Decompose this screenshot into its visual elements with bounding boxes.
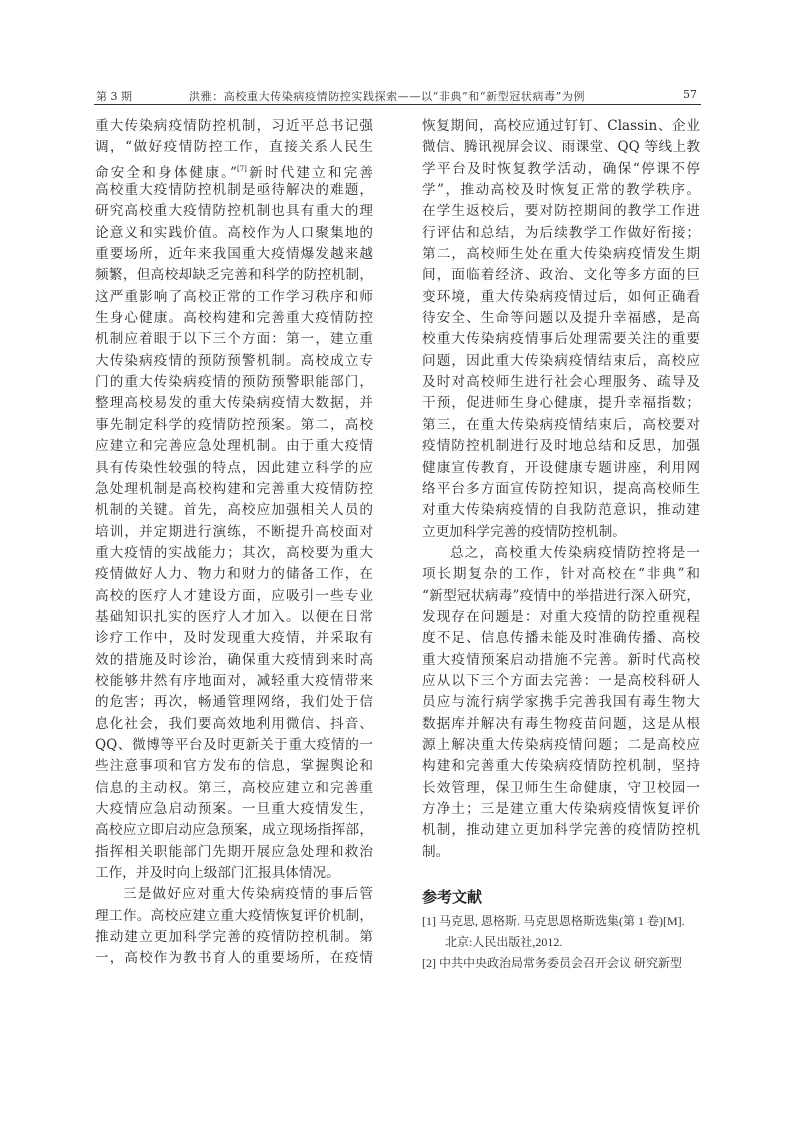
text-line: 重要场所，近年来我国重大疫情爆发越来越 <box>95 244 373 265</box>
text-line: 频繁，但高校却缺乏完善和科学的防控机制， <box>95 265 373 286</box>
text-line: 恢复期间，高校应通过钉钉、Classin、企业 <box>422 116 700 137</box>
text-line: 的危害；再次，畅通管理网络，我们处于信 <box>95 692 373 713</box>
text-line: 微信、腾讯视屏会议、雨课堂、QQ 等线上教 <box>422 137 700 158</box>
reference-text: 中共中央政治局常务委员会召开会议 研究新型 <box>439 956 682 970</box>
text-line: QQ、微博等平台及时更新关于重大疫情的一 <box>95 735 373 756</box>
text-line: 重大疫情的实战能力；其次，高校要为重大 <box>95 543 373 564</box>
text-line: 问题，因此重大传染病疫情结束后，高校应 <box>422 351 700 372</box>
text-line: 重大传染病疫情防控机制，习近平总书记强 <box>95 116 373 137</box>
text-line: 理工作。高校应建立重大疫情恢复评价机制， <box>95 906 373 927</box>
text-line: 源上解决重大传染病疫情问题；二是高校应 <box>422 735 700 756</box>
text-line: 及时对高校师生进行社会心理服务、疏导及 <box>422 372 700 393</box>
text-line: 一，高校作为教书育人的重要场所，在疫情 <box>95 948 373 969</box>
text-line: 效的措施及时诊治，确保重大疫情到来时高 <box>95 650 373 671</box>
text-line: 推动建立更加科学完善的疫情防控机制。第 <box>95 927 373 948</box>
text-line: 对重大传染病疫情的自我防范意识，推动建 <box>422 500 700 521</box>
text-line: 立更加科学完善的疫情防控机制。 <box>422 522 700 543</box>
text-line: 培训，并定期进行演练，不断提升高校面对 <box>95 522 373 543</box>
text-line: 数据库并解决有毒生物疫苗问题，这是从根 <box>422 714 700 735</box>
reference-text: 马克思, 恩格斯. 马克思恩格斯选集(第 1 卷)[M]. <box>439 914 685 928</box>
text-line: 第二，高校师生处在重大传染病疫情发生期 <box>422 244 700 265</box>
text-line: 学”，推动高校及时恢复正常的教学秩序。 <box>422 180 700 201</box>
text-line: 工作，并及时向上级部门汇报具体情况。 <box>95 863 373 884</box>
reference-item: [1] 马克思, 恩格斯. 马克思恩格斯选集(第 1 卷)[M]. <box>422 911 700 932</box>
text-line: 疫情防控机制进行及时地总结和反思，加强 <box>422 436 700 457</box>
text-line: 指挥相关职能部门先期开展应急处理和救治 <box>95 842 373 863</box>
references-heading: 参考文献 <box>422 883 700 911</box>
text-line: 论意义和实践价值。高校作为人口聚集地的 <box>95 223 373 244</box>
text-line: 机制，推动建立更加科学完善的疫情防控机 <box>422 820 700 841</box>
text-line: 疫情做好人力、物力和财力的储备工作，在 <box>95 564 373 585</box>
text-line: 校重大传染病疫情事后处理需要关注的重要 <box>422 329 700 350</box>
issue-number: 第 3 期 <box>96 88 132 104</box>
text-line: 大传染病疫情的预防预警机制。高校成立专 <box>95 351 373 372</box>
text-line: 在学生返校后，要对防控期间的教学工作进 <box>422 201 700 222</box>
text-line: 待安全、生命等问题以及提升幸福感，是高 <box>422 308 700 329</box>
text-line: 发现存在问题是：对重大疫情的防控重视程 <box>422 607 700 628</box>
text-line: 员应与流行病学家携手完善我国有毒生物大 <box>422 692 700 713</box>
text-line: 这严重影响了高校正常的工作学习秩序和师 <box>95 287 373 308</box>
text-line: 重大疫情预案启动措施不完善。新时代高校 <box>422 650 700 671</box>
text-line: 校能够井然有序地面对，减轻重大疫情带来 <box>95 671 373 692</box>
reference-label: [1] <box>422 914 436 928</box>
citation-marker[interactable]: [7] <box>237 165 247 173</box>
text-line: 第三，在重大传染病疫情结束后，高校要对 <box>422 415 700 436</box>
text-line: 具有传染性较强的特点，因此建立科学的应 <box>95 458 373 479</box>
text-line: 项长期复杂的工作，针对高校在“非典”和 <box>422 564 700 585</box>
text-line: 长效管理，保卫师生生命健康，守卫校园一 <box>422 778 700 799</box>
reference-continuation: 北京:人民出版社,2012. <box>422 932 700 953</box>
text-line: 干预，促进师生身心健康，提升幸福指数； <box>422 393 700 414</box>
reference-label: [2] <box>422 956 436 970</box>
text-line: 学平台及时恢复教学活动，确保“停课不停 <box>422 159 700 180</box>
running-header: 第 3 期 洪雅：高校重大传染病疫情防控实践探索——以“非典”和“新型冠状病毒”… <box>94 88 701 105</box>
page-number: 57 <box>683 88 697 101</box>
text-line: 信息的主动权。第三，高校应建立和完善重 <box>95 778 373 799</box>
paragraph-start-line: 总之，高校重大传染病疫情防控将是一 <box>422 543 700 564</box>
text-line: 基础知识扎实的医疗人才加入。以便在日常 <box>95 607 373 628</box>
text-line: 门的重大传染病疫情的预防预警职能部门， <box>95 372 373 393</box>
text-line: 络平台多方面宣传防控知识，提高高校师生 <box>422 479 700 500</box>
text-line: “新型冠状病毒”疫情中的举措进行深入研究， <box>422 586 700 607</box>
text-line: 机制的关键。首先，高校应加强相关人员的 <box>95 500 373 521</box>
text-line: 行评估和总结，为后续教学工作做好衔接； <box>422 223 700 244</box>
text-line: 变环境，重大传染病疫情过后，如何正确看 <box>422 287 700 308</box>
text-fragment: 命安全和身体健康。” <box>95 165 237 181</box>
text-line: 些注意事项和官方发布的信息，掌握舆论和 <box>95 756 373 777</box>
text-line: 构建和完善重大传染病疫情防控机制，坚持 <box>422 756 700 777</box>
paragraph-start-line: 三是做好应对重大传染病疫情的事后管 <box>95 884 373 905</box>
text-line: 诊疗工作中，及时发现重大疫情，并采取有 <box>95 628 373 649</box>
text-fragment: 新时代建立和完善 <box>247 165 373 181</box>
text-line: 研究高校重大疫情防控机制也具有重大的理 <box>95 201 373 222</box>
text-line: 生身心健康。高校构建和完善重大疫情防控 <box>95 308 373 329</box>
text-line: 高校应立即启动应急预案，成立现场指挥部， <box>95 820 373 841</box>
text-line: 应从以下三个方面去完善：一是高校科研人 <box>422 671 700 692</box>
text-line: 度不足、信息传播未能及时准确传播、高校 <box>422 628 700 649</box>
text-line: 制。 <box>422 842 700 863</box>
text-line: 整理高校易发的重大传染病疫情大数据，并 <box>95 393 373 414</box>
article-running-title: 洪雅：高校重大传染病疫情防控实践探索——以“非典”和“新型冠状病毒”为例 <box>189 88 585 104</box>
right-column: 恢复期间，高校应通过钉钉、Classin、企业 微信、腾讯视屏会议、雨课堂、QQ… <box>422 116 700 974</box>
text-line: 高校重大疫情防控机制是亟待解决的难题， <box>95 180 373 201</box>
text-line: 应建立和完善应急处理机制。由于重大疫情 <box>95 436 373 457</box>
text-line: 机制应着眼于以下三个方面：第一，建立重 <box>95 329 373 350</box>
text-line: 急处理机制是高校构建和完善重大疫情防控 <box>95 479 373 500</box>
left-column: 重大传染病疫情防控机制，习近平总书记强 调，“做好疫情防控工作，直接关系人民生 … <box>95 116 373 970</box>
text-line: 高校的医疗人才建设方面，应吸引一些专业 <box>95 586 373 607</box>
text-line: 调，“做好疫情防控工作，直接关系人民生 <box>95 137 373 158</box>
text-line: 健康宣传教育，开设健康专题讲座，利用网 <box>422 458 700 479</box>
text-line: 方净土；三是建立重大传染病疫情恢复评价 <box>422 799 700 820</box>
text-line: 大疫情应急启动预案。一旦重大疫情发生， <box>95 799 373 820</box>
text-line-with-citation: 命安全和身体健康。”[7]新时代建立和完善 <box>95 159 373 180</box>
text-line: 事先制定科学的疫情防控预案。第二，高校 <box>95 415 373 436</box>
reference-item: [2] 中共中央政治局常务委员会召开会议 研究新型 <box>422 953 700 974</box>
text-line: 间，面临着经济、政治、文化等多方面的巨 <box>422 265 700 286</box>
text-line: 息化社会，我们要高效地利用微信、抖音、 <box>95 714 373 735</box>
